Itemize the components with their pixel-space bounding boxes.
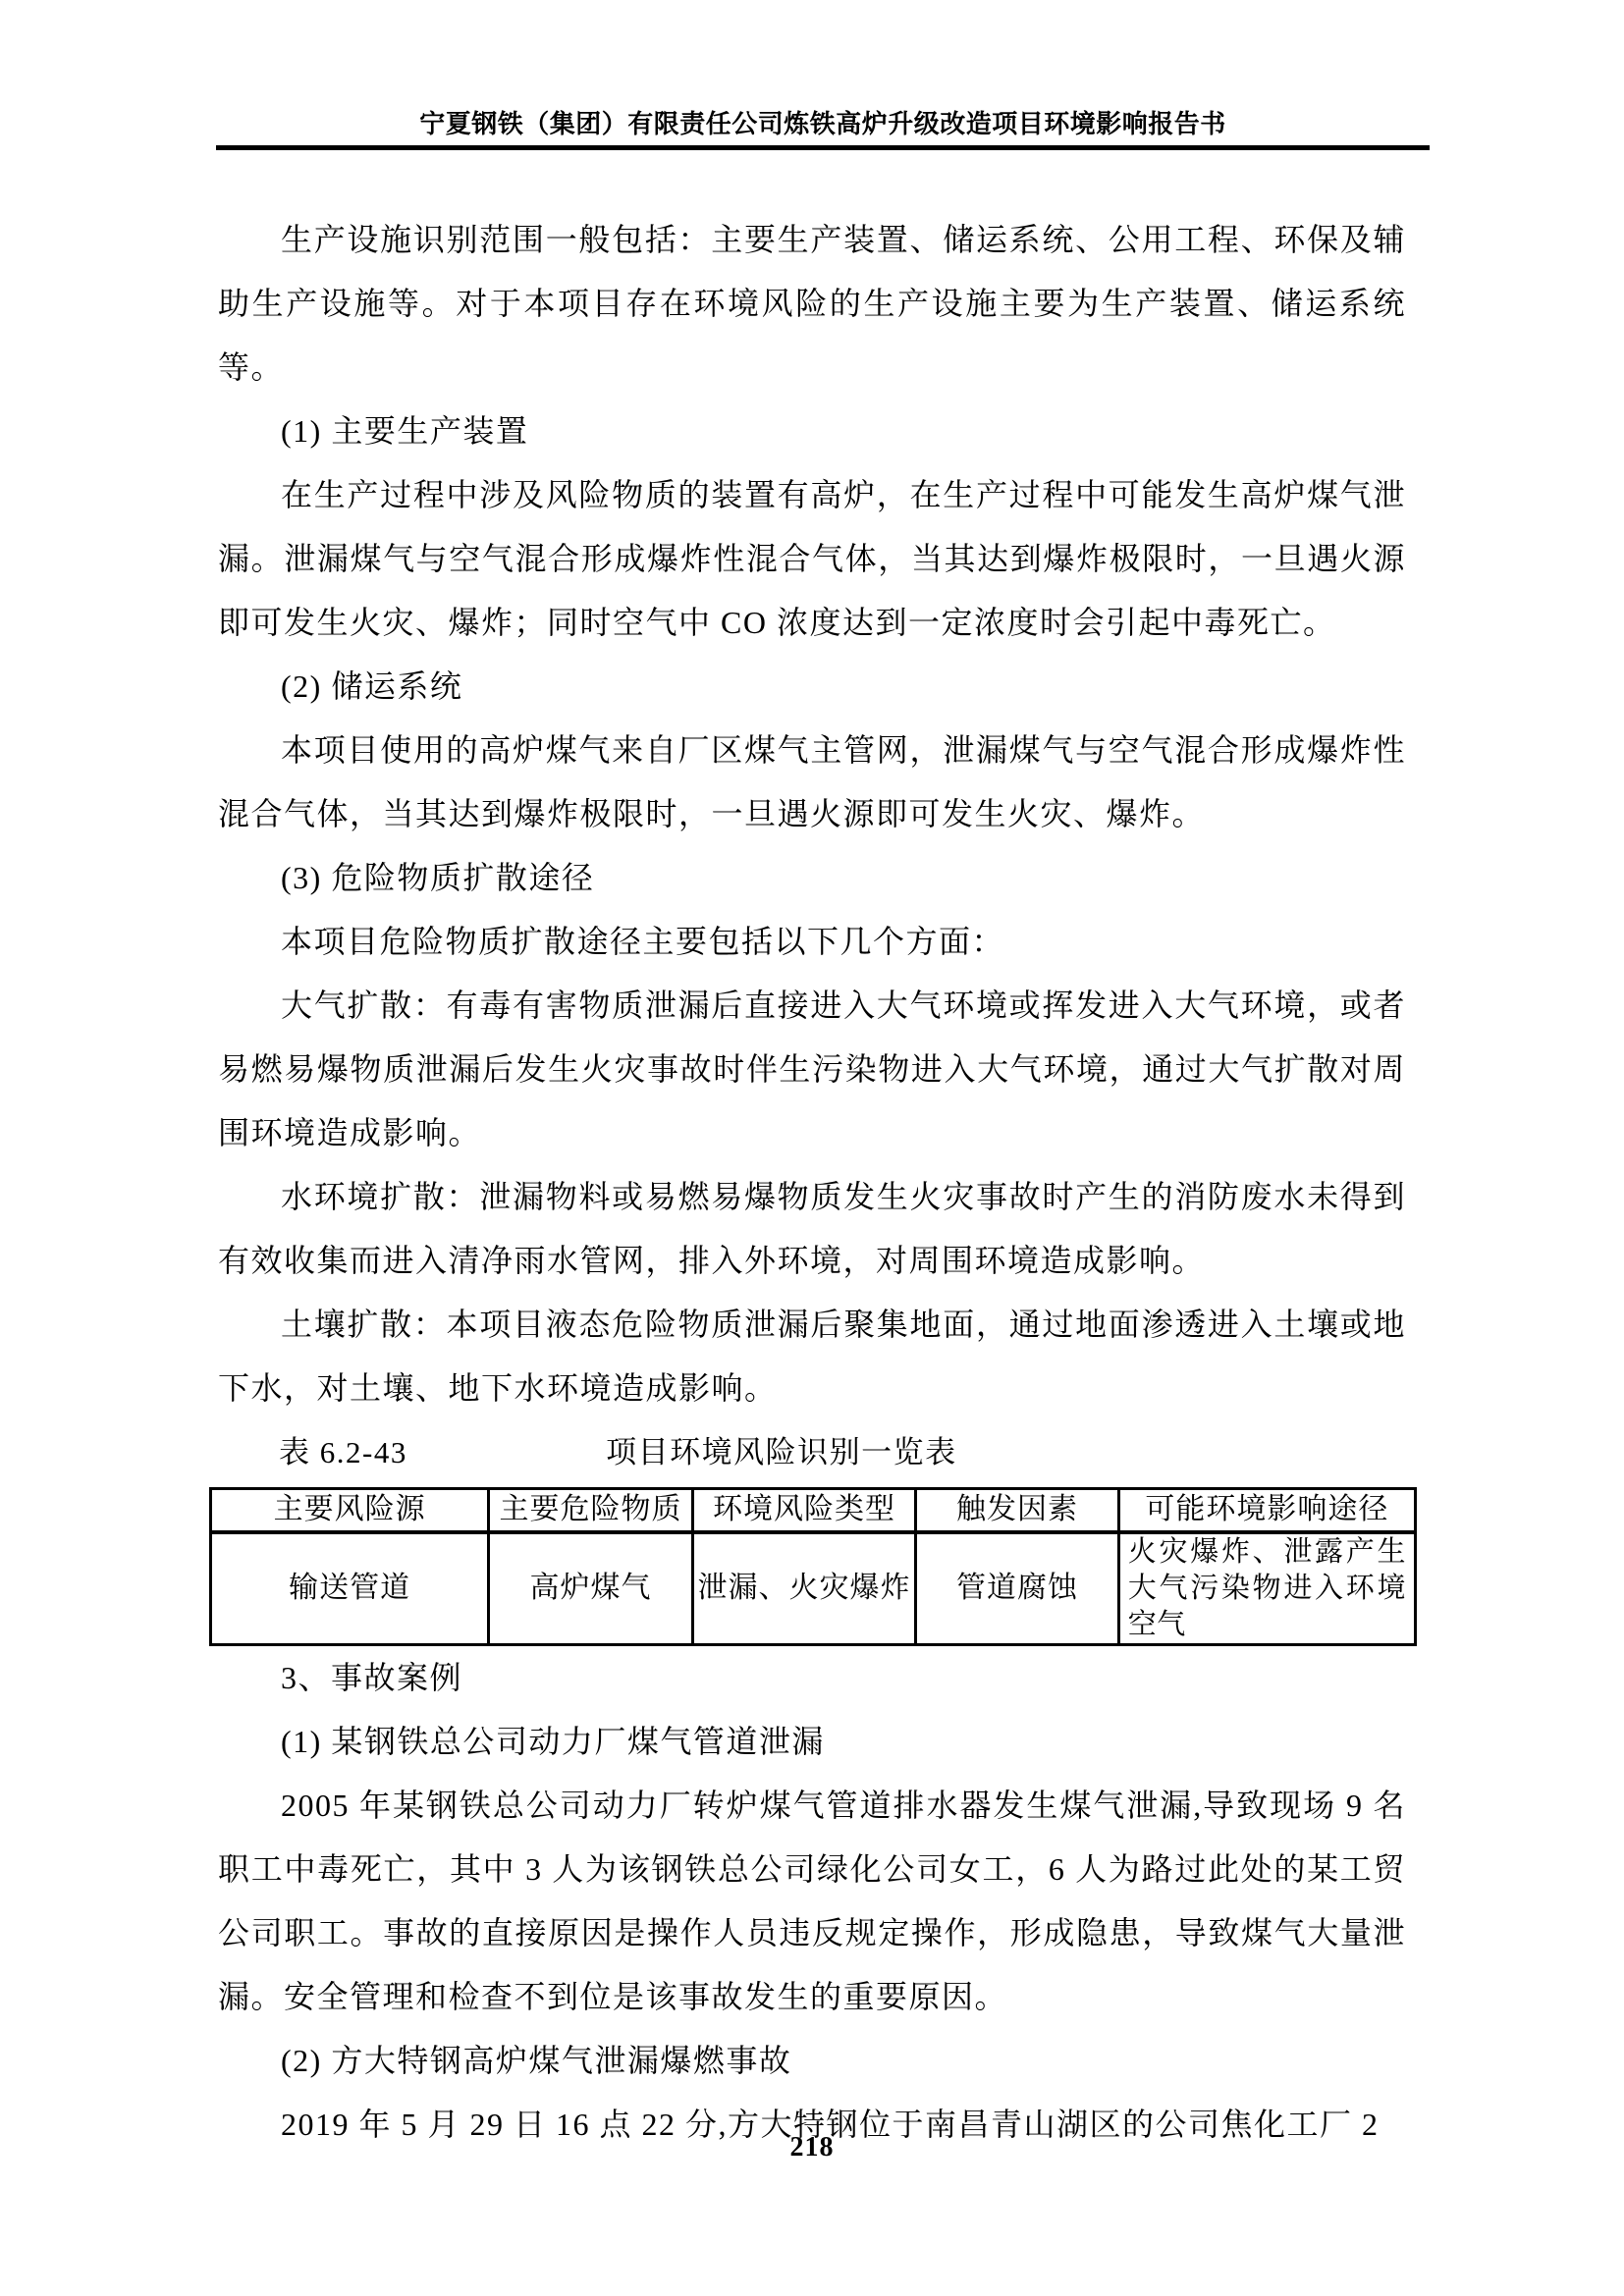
table-cell: 管道腐蚀 [916,1532,1119,1645]
table-body: 输送管道高炉煤气泄漏、火灾爆炸管道腐蚀火灾爆炸、泄露产生大气污染物进入环境空气 [211,1532,1416,1645]
table-row: 输送管道高炉煤气泄漏、火灾爆炸管道腐蚀火灾爆炸、泄露产生大气污染物进入环境空气 [211,1532,1416,1645]
body-paragraph: 生产设施识别范围一般包括：主要生产装置、储运系统、公用工程、环保及辅助生产设施等… [218,208,1406,400]
document-page: 宁夏钢铁（集团）有限责任公司炼铁高炉升级改造项目环境影响报告书 生产设施识别范围… [0,0,1624,2296]
header-rule [216,145,1430,150]
body-paragraphs-before-table: 生产设施识别范围一般包括：主要生产装置、储运系统、公用工程、环保及辅助生产设施等… [218,208,1406,1420]
table-cell: 泄漏、火灾爆炸 [692,1532,915,1645]
table-header-cell: 环境风险类型 [692,1489,915,1532]
table-cell: 输送管道 [211,1532,489,1645]
risk-identification-table: 主要风险源主要危险物质环境风险类型触发因素可能环境影响途径 输送管道高炉煤气泄漏… [209,1487,1417,1646]
document-body: 生产设施识别范围一般包括：主要生产装置、储运系统、公用工程、环保及辅助生产设施等… [218,208,1406,2157]
body-paragraph: 在生产过程中涉及风险物质的装置有高炉，在生产过程中可能发生高炉煤气泄漏。泄漏煤气… [218,463,1406,655]
body-paragraph: (2) 储运系统 [218,655,1406,719]
body-paragraph: 水环境扩散：泄漏物料或易燃易爆物质发生火灾事故时产生的消防废水未得到有效收集而进… [218,1165,1406,1293]
body-paragraph: (3) 危险物质扩散途径 [218,846,1406,910]
body-paragraph: (1) 主要生产装置 [218,400,1406,463]
table-caption-title: 项目环境风险识别一览表 [606,1435,957,1469]
table-caption-title-wrap: 项目环境风险识别一览表 [407,1420,1406,1484]
body-paragraph: 土壤扩散：本项目液态危险物质泄漏后聚集地面，通过地面渗透进入土壤或地下水，对土壤… [218,1293,1406,1420]
table-header-cell: 主要危险物质 [489,1489,692,1532]
body-paragraph: 本项目危险物质扩散途径主要包括以下几个方面： [218,910,1406,974]
body-paragraph: 2005 年某钢铁总公司动力厂转炉煤气管道排水器发生煤气泄漏,导致现场 9 名职… [218,1774,1406,2029]
table-header-cell: 触发因素 [916,1489,1119,1532]
table-caption-label: 表 6.2-43 [279,1420,407,1484]
body-paragraphs-after-table: 3、事故案例(1) 某钢铁总公司动力厂煤气管道泄漏2005 年某钢铁总公司动力厂… [218,1646,1406,2157]
table-header-row: 主要风险源主要危险物质环境风险类型触发因素可能环境影响途径 [211,1489,1416,1532]
table-header-cell: 可能环境影响途径 [1118,1489,1415,1532]
table-caption: 表 6.2-43 项目环境风险识别一览表 [218,1420,1406,1484]
page-header-title: 宁夏钢铁（集团）有限责任公司炼铁高炉升级改造项目环境影响报告书 [216,104,1430,140]
body-paragraph: 3、事故案例 [218,1646,1406,1710]
body-paragraph: 大气扩散：有毒有害物质泄漏后直接进入大气环境或挥发进入大气环境，或者易燃易爆物质… [218,974,1406,1165]
table-cell: 火灾爆炸、泄露产生大气污染物进入环境空气 [1118,1532,1415,1645]
table-header-cell: 主要风险源 [211,1489,489,1532]
body-paragraph: (2) 方大特钢高炉煤气泄漏爆燃事故 [218,2029,1406,2093]
page-number: 218 [0,2132,1624,2163]
body-paragraph: (1) 某钢铁总公司动力厂煤气管道泄漏 [218,1710,1406,1774]
table-cell: 高炉煤气 [489,1532,692,1645]
body-paragraph: 本项目使用的高炉煤气来自厂区煤气主管网，泄漏煤气与空气混合形成爆炸性混合气体，当… [218,719,1406,846]
table-row-header: 主要风险源主要危险物质环境风险类型触发因素可能环境影响途径 [211,1489,1416,1532]
